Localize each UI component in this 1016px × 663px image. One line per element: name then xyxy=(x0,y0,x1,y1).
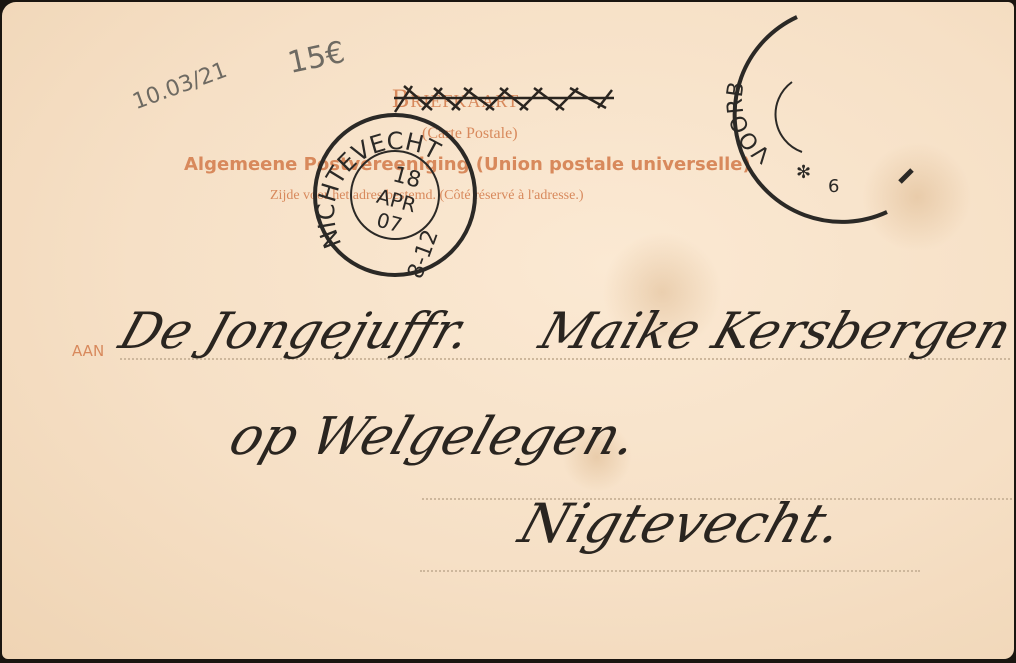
title-strikeout xyxy=(394,86,614,112)
svg-text:6: 6 xyxy=(828,176,839,197)
overlay-marks: NICHTEVECHT 18 APR 07 8-12 VOORB ✻ 6 xyxy=(2,2,1014,659)
svg-text:✻: ✻ xyxy=(796,162,811,183)
postmark-nichtevecht: NICHTEVECHT 18 APR 07 8-12 xyxy=(312,115,475,282)
svg-text:8-12: 8-12 xyxy=(403,227,444,282)
postcard-back: 10.03/21 15€ Briefkaart (Carte Postale) … xyxy=(2,2,1014,659)
svg-text:VOORB: VOORB xyxy=(723,80,776,167)
postmark-voorburg: VOORB ✻ 6 xyxy=(723,17,912,222)
svg-text:07: 07 xyxy=(374,208,405,238)
